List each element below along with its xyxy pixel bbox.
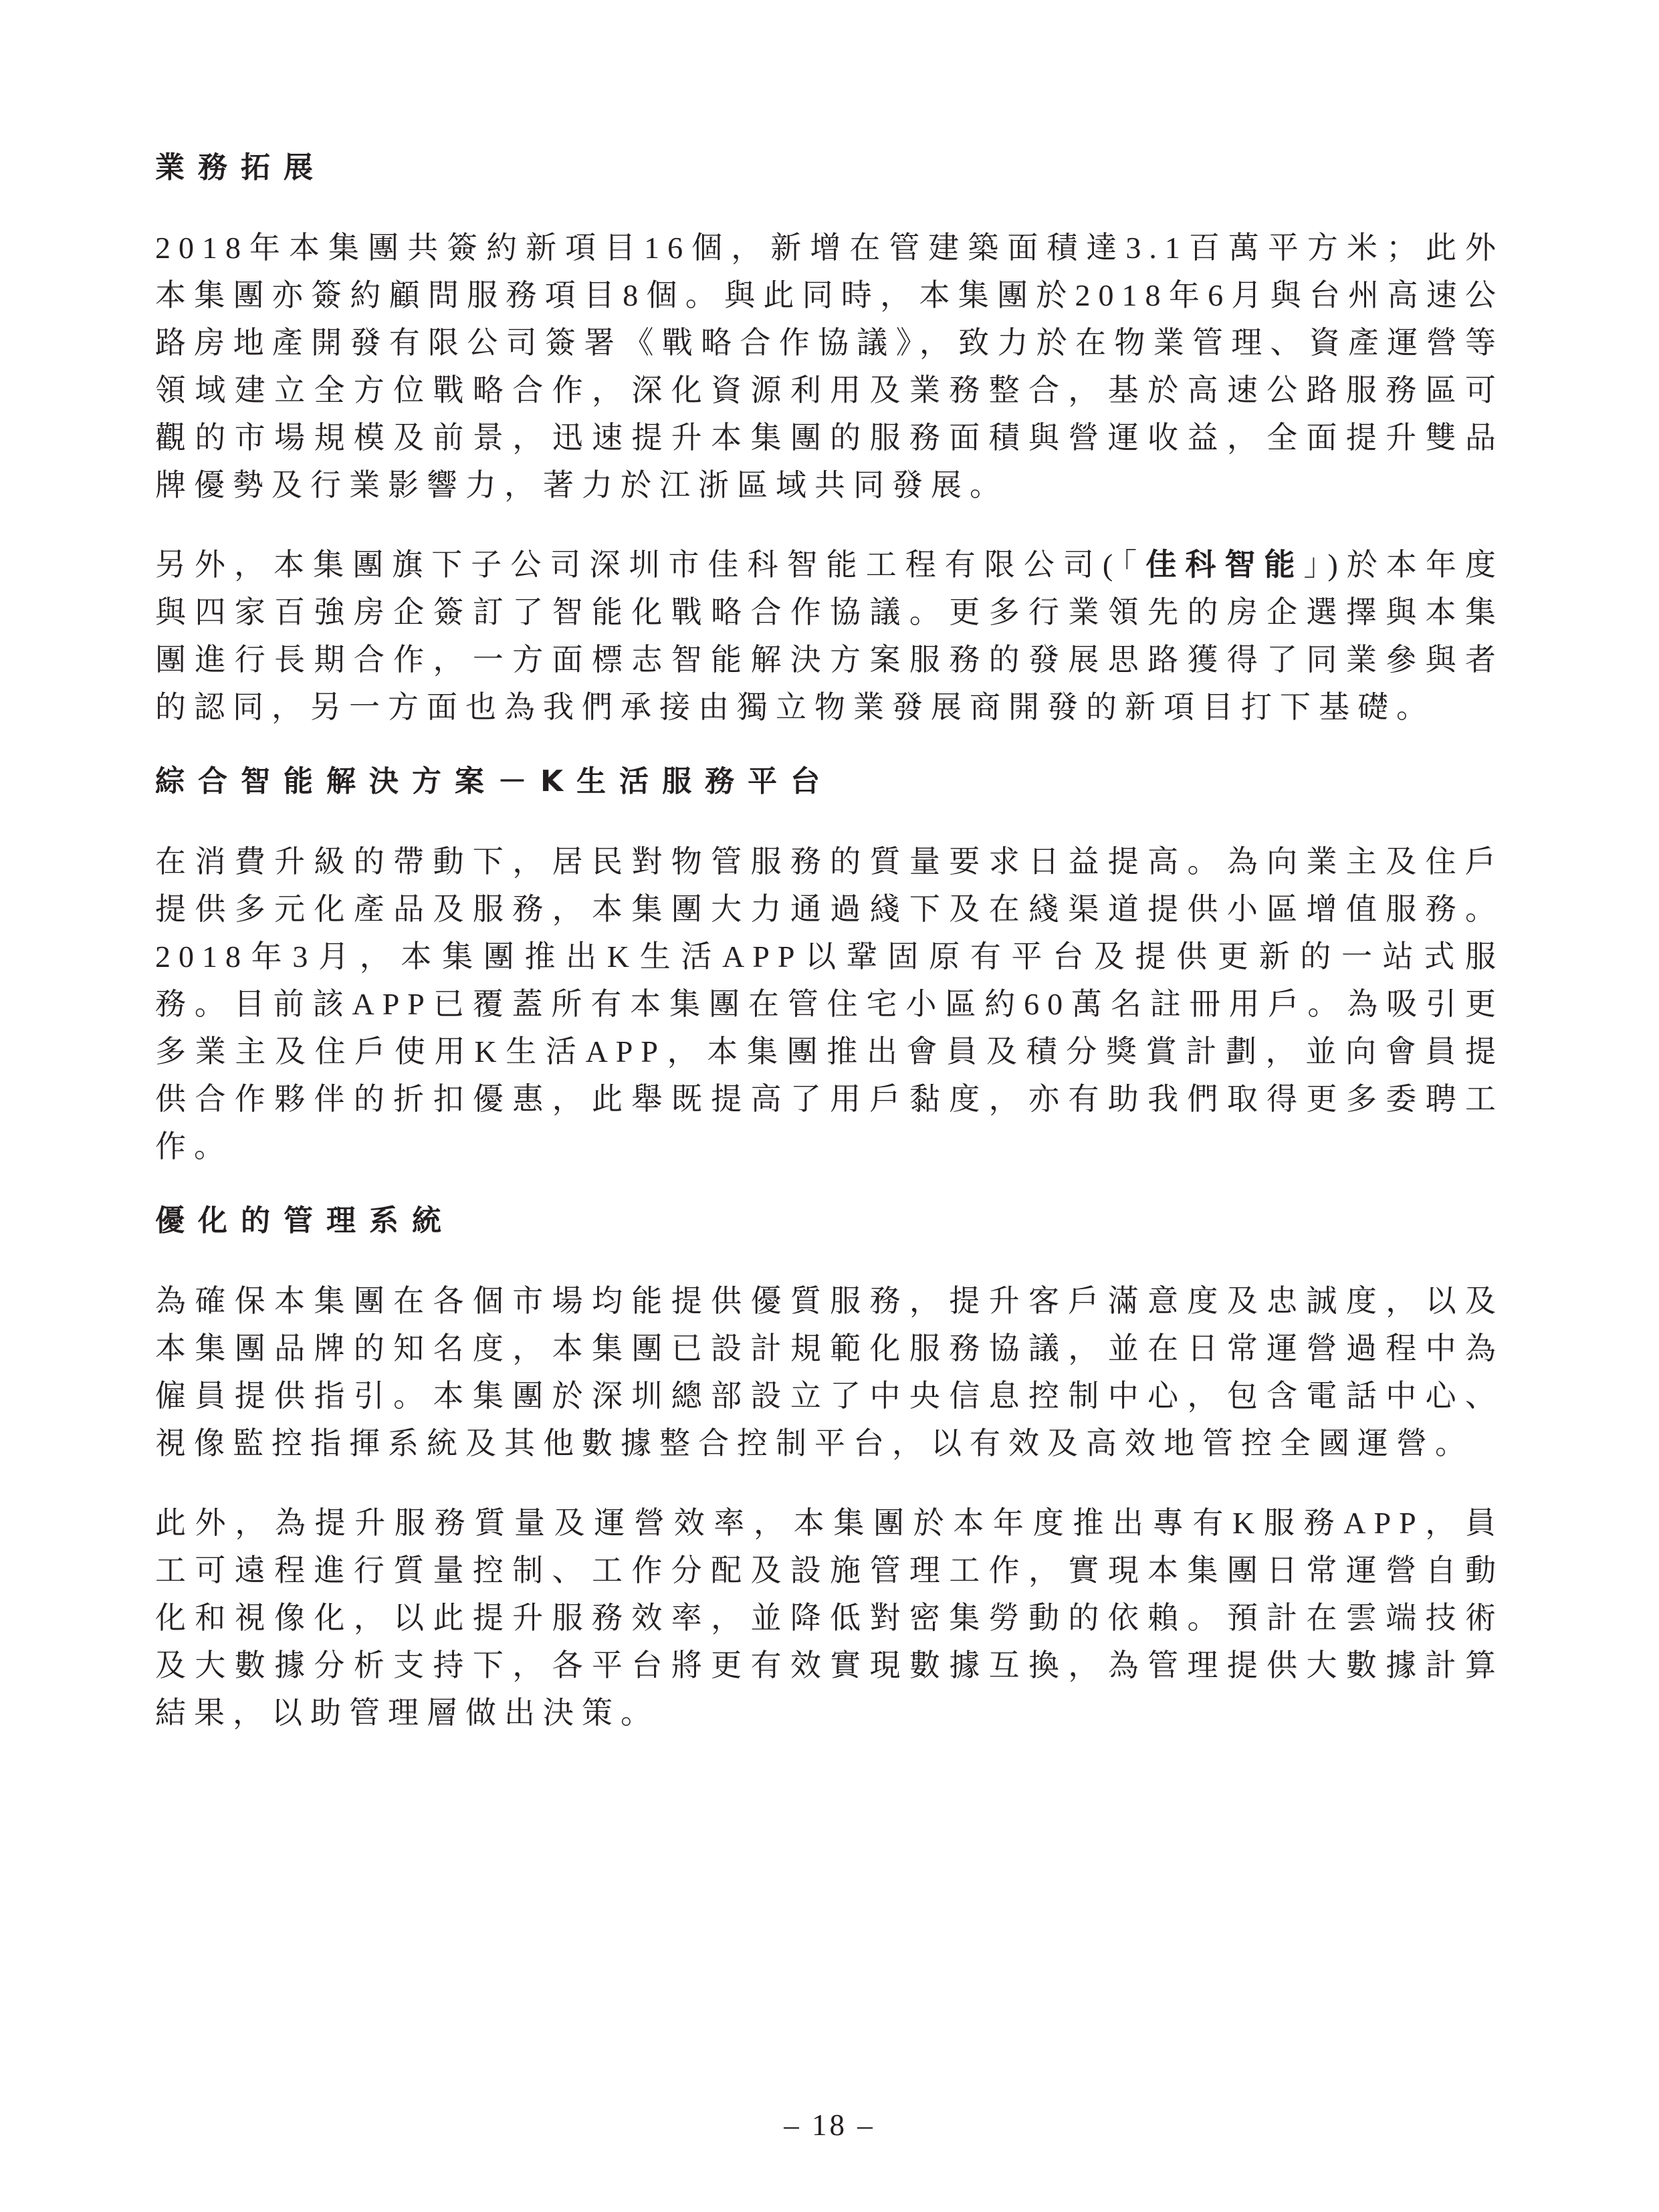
paragraph-new-projects: 2018年本集團共簽約新項目16個，新增在管建築面積達3.1百萬平方米；此外本集… — [155, 224, 1504, 509]
section-optimized-management-system: 優化的管理系統 為確保本集團在各個市場均能提供優質服務，提升客戶滿意度及忠誠度，… — [155, 1202, 1504, 1737]
page-content: 業務拓展 2018年本集團共簽約新項目16個，新增在管建築面積達3.1百萬平方米… — [155, 149, 1504, 1769]
section-business-development: 業務拓展 2018年本集團共簽約新項目16個，新增在管建築面積達3.1百萬平方米… — [155, 149, 1504, 731]
paragraph-k-life-app: 在消費升級的帶動下，居民對物管服務的質量要求日益提高。為向業主及住戶提供多元化產… — [155, 838, 1504, 1170]
section-heading-business-development: 業務拓展 — [155, 149, 1504, 187]
section-heading-management-system: 優化的管理系統 — [155, 1202, 1504, 1240]
paragraph-k-service-app: 此外，為提升服務質量及運營效率，本集團於本年度推出專有K服務APP，員工可遠程進… — [155, 1499, 1504, 1737]
section-smart-solution-platform: 綜合智能解決方案－K生活服務平台 在消費升級的帶動下，居民對物管服務的質量要求日… — [155, 763, 1504, 1170]
page-number: – 18 – — [0, 2108, 1659, 2142]
section-heading-k-life-platform: 綜合智能解決方案－K生活服務平台 — [155, 763, 1504, 800]
bold-company-short-name: 佳科智能 — [1145, 546, 1303, 582]
document-page: { "page": { "footer": "– 18 –" }, "secti… — [0, 0, 1659, 2212]
paragraph-text-before-bold: 另外，本集團旗下子公司深圳市佳科智能工程有限公司(「 — [155, 548, 1145, 582]
paragraph-subsidiary-cooperation: 另外，本集團旗下子公司深圳市佳科智能工程有限公司(「佳科智能」)於本年度與四家百… — [155, 541, 1504, 731]
paragraph-central-information-center: 為確保本集團在各個市場均能提供優質服務，提升客戶滿意度及忠誠度，以及本集團品牌的… — [155, 1277, 1504, 1467]
